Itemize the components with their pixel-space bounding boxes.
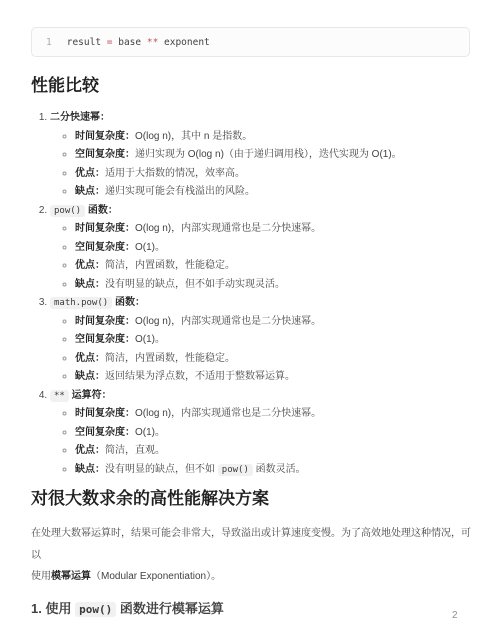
text-segment: 函数进行模幂运算	[116, 601, 224, 616]
sub-bullet: 缺点：返回结果为浮点数，不适用于整数幂运算。	[75, 368, 469, 387]
text-segment: O(log n)，内部实现通常也是二分快速幂。	[135, 316, 321, 327]
text-segment: 缺点：	[75, 464, 105, 475]
text-segment: O(log n)，内部实现通常也是二分快速幂。	[135, 408, 321, 419]
text-segment: 模幂运算	[51, 571, 91, 582]
text-segment: 函数：	[85, 205, 118, 216]
text-segment: 缺点：	[75, 371, 105, 382]
text-segment: 函数：	[112, 297, 145, 308]
text-segment: 运算符：	[69, 390, 112, 401]
sub-bullet: 时间复杂度：O(log n)，内部实现通常也是二分快速幂。	[75, 313, 469, 332]
section-title-modular: 对很大数求余的高性能解决方案	[31, 488, 469, 510]
text-segment: 递归实现可能会有栈溢出的风险。	[105, 186, 255, 197]
text-segment: 简洁，直观。	[105, 445, 165, 456]
list-item: ** 运算符：时间复杂度：O(log n)，内部实现通常也是二分快速幂。空间复杂…	[50, 387, 469, 480]
text-segment: **	[147, 37, 158, 48]
text-segment: 没有明显的缺点，但不如手动实现灵活。	[105, 279, 285, 290]
text-segment: 时间复杂度：	[75, 408, 135, 419]
sub-bullet: 时间复杂度：O(log n)，内部实现通常也是二分快速幂。	[75, 405, 469, 424]
sub-bullet: 缺点：没有明显的缺点，但不如手动实现灵活。	[75, 276, 469, 295]
sub-bullet: 时间复杂度：O(log n)，内部实现通常也是二分快速幂。	[75, 220, 469, 239]
sub-bullet: 时间复杂度：O(log n)，其中 n 是指数。	[75, 128, 469, 147]
text-segment: base	[113, 37, 147, 48]
sub-bullet-list: 时间复杂度：O(log n)，内部实现通常也是二分快速幂。空间复杂度：O(1)。…	[50, 220, 469, 294]
sub-bullet: 空间复杂度：O(1)。	[75, 239, 469, 258]
sub-bullet: 优点：适用于大指数的情况，效率高。	[75, 165, 469, 184]
text-segment: exponent	[158, 37, 209, 48]
text-segment: 时间复杂度：	[75, 316, 135, 327]
page-number: 2	[452, 610, 458, 621]
text-segment: 空间复杂度：	[75, 334, 135, 345]
text-segment: 空间复杂度：	[75, 149, 135, 160]
sub-bullet: 缺点：递归实现可能会有栈溢出的风险。	[75, 183, 469, 202]
sub-bullet: 空间复杂度：O(1)。	[75, 424, 469, 443]
document-page: 1 result = base ** exponent 性能比较 二分快速幂：时…	[0, 0, 500, 640]
sub-bullet-list: 时间复杂度：O(log n)，内部实现通常也是二分快速幂。空间复杂度：O(1)。…	[50, 405, 469, 479]
text-segment: 优点：	[75, 168, 105, 179]
text-segment: result	[67, 37, 107, 48]
sub-bullet-list: 时间复杂度：O(log n)，内部实现通常也是二分快速幂。空间复杂度：O(1)。…	[50, 313, 469, 387]
list-item-title: pow() 函数：	[50, 202, 469, 221]
text-segment: 空间复杂度：	[75, 427, 135, 438]
subsection-heading: 1. 使用 pow() 函数进行模幂运算	[31, 601, 469, 618]
text-segment: 优点：	[75, 445, 105, 456]
sub-bullet: 优点：简洁，内置函数，性能稳定。	[75, 257, 469, 276]
sub-bullet: 空间复杂度：O(1)。	[75, 331, 469, 350]
text-segment: 优点：	[75, 260, 105, 271]
inline-code: pow()	[218, 464, 253, 476]
text-segment: 1. 使用	[31, 601, 75, 616]
text-segment: 二分快速幂：	[50, 112, 110, 123]
text-segment: O(1)。	[135, 242, 165, 253]
inline-code: pow()	[50, 205, 85, 217]
sub-bullet: 空间复杂度：递归实现为 O(log n)（由于递归调用栈），迭代实现为 O(1)…	[75, 146, 469, 165]
text-segment: 简洁，内置函数，性能稳定。	[105, 353, 235, 364]
text-segment: 简洁，内置函数，性能稳定。	[105, 260, 235, 271]
list-item-title: math.pow() 函数：	[50, 294, 469, 313]
performance-list: 二分快速幂：时间复杂度：O(log n)，其中 n 是指数。空间复杂度：递归实现…	[31, 109, 469, 479]
inline-code: **	[50, 390, 69, 402]
text-segment: 缺点：	[75, 186, 105, 197]
inline-code: pow()	[75, 602, 116, 617]
sub-bullet-list: 时间复杂度：O(log n)，其中 n 是指数。空间复杂度：递归实现为 O(lo…	[50, 128, 469, 202]
text-segment: 空间复杂度：	[75, 242, 135, 253]
text-segment: 时间复杂度：	[75, 223, 135, 234]
text-segment: O(1)。	[135, 334, 165, 345]
sub-bullet: 优点：简洁，内置函数，性能稳定。	[75, 350, 469, 369]
code-line-number: 1	[32, 37, 52, 48]
text-segment: O(log n)，内部实现通常也是二分快速幂。	[135, 223, 321, 234]
list-item-title: 二分快速幂：	[50, 109, 469, 128]
text-segment: 缺点：	[75, 279, 105, 290]
list-item: 二分快速幂：时间复杂度：O(log n)，其中 n 是指数。空间复杂度：递归实现…	[50, 109, 469, 202]
text-segment: （Modular Exponentiation）。	[91, 571, 221, 582]
modular-paragraph: 在处理大数幂运算时，结果可能会非常大，导致溢出或计算速度变慢。为了高效地处理这种…	[31, 523, 471, 588]
list-item: pow() 函数：时间复杂度：O(log n)，内部实现通常也是二分快速幂。空间…	[50, 202, 469, 295]
text-segment: 时间复杂度：	[75, 131, 135, 142]
text-segment: O(log n)，其中 n 是指数。	[135, 131, 252, 142]
section-title-performance: 性能比较	[31, 75, 469, 97]
text-segment: O(1)。	[135, 427, 165, 438]
list-item-title: ** 运算符：	[50, 387, 469, 406]
inline-code: math.pow()	[50, 297, 112, 309]
sub-bullet: 优点：简洁，直观。	[75, 442, 469, 461]
code-block: 1 result = base ** exponent	[31, 27, 470, 57]
text-segment: 递归实现为 O(log n)（由于递归调用栈），迭代实现为 O(1)。	[135, 149, 402, 160]
text-segment: 返回结果为浮点数，不适用于整数幂运算。	[105, 371, 295, 382]
text-segment: 优点：	[75, 353, 105, 364]
list-item: math.pow() 函数：时间复杂度：O(log n)，内部实现通常也是二分快…	[50, 294, 469, 387]
text-segment: 适用于大指数的情况，效率高。	[105, 168, 245, 179]
code-line: result = base ** exponent	[67, 37, 210, 48]
text-segment: 函数灵活。	[253, 464, 306, 475]
text-segment: 没有明显的缺点，但不如	[105, 464, 218, 475]
sub-bullet: 缺点：没有明显的缺点，但不如 pow() 函数灵活。	[75, 461, 469, 480]
